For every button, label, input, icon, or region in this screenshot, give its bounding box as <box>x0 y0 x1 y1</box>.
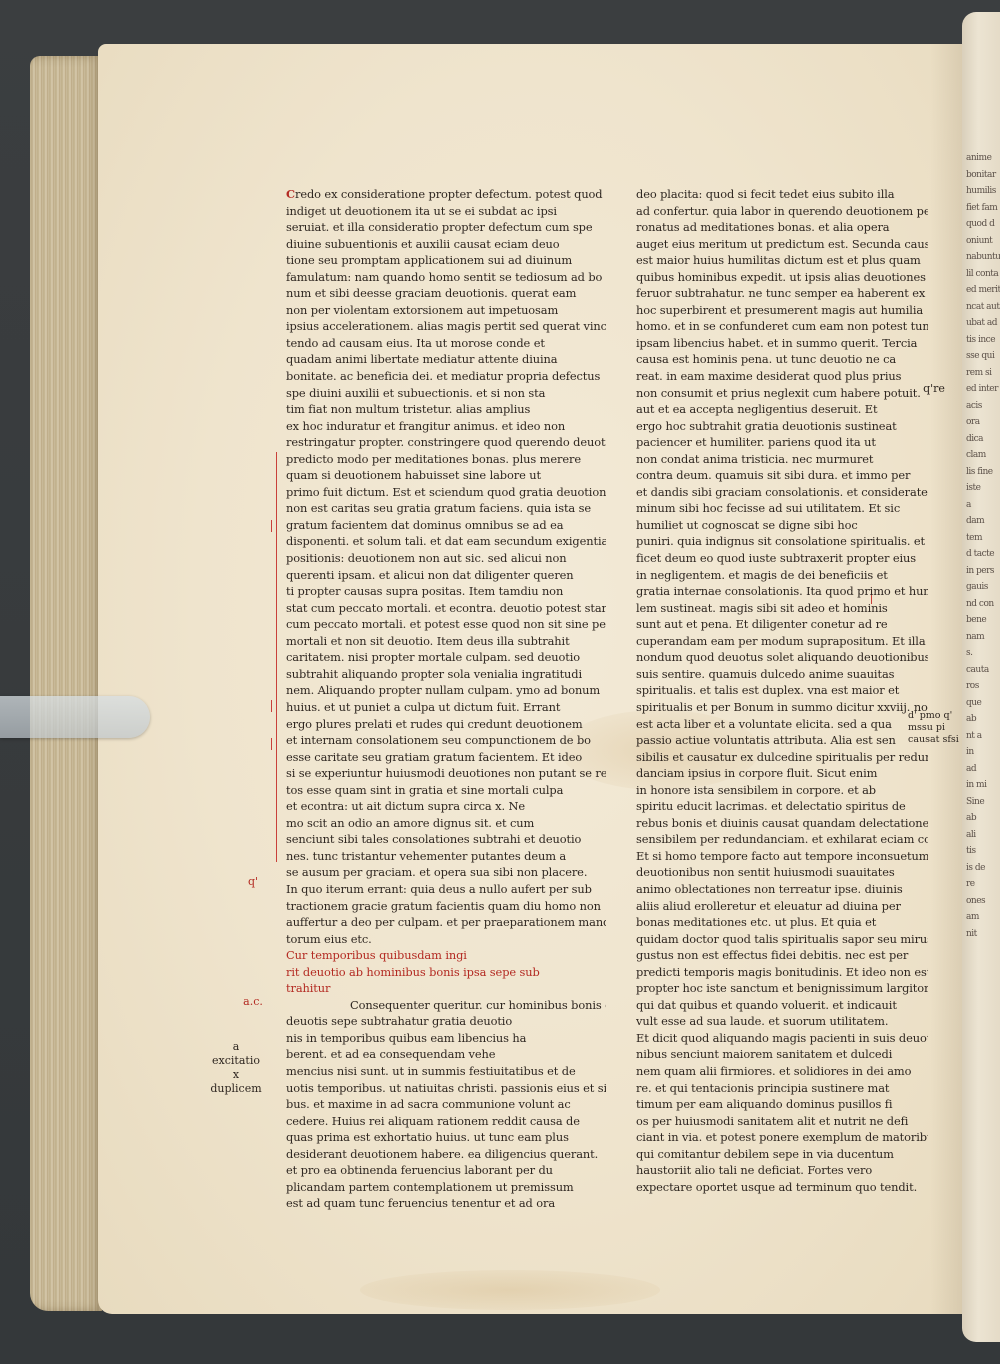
text-line: passio actiue voluntatis attributa. Alia… <box>636 732 928 749</box>
book-fore-edge <box>30 56 102 1311</box>
text-line: In quo iterum errant: quia deus a nullo … <box>286 881 606 898</box>
text-line: est acta liber et a voluntate elicita. s… <box>636 716 928 733</box>
margin-note-line: x <box>196 1068 276 1082</box>
red-margin-tick <box>271 738 272 750</box>
text-line: in honore ista sensibilem in corpore. et… <box>636 782 928 799</box>
text-line: senciunt sibi tales consolationes subtra… <box>286 831 606 848</box>
text-line: deo placita: quod si fecit tedet eius su… <box>636 186 928 203</box>
text-line: tendo ad causam eius. Ita ut morose cond… <box>286 335 606 352</box>
next-page-line: nam <box>966 629 1000 646</box>
text-line: subtrahit aliquando propter sola veniali… <box>286 666 606 683</box>
red-initial: C <box>286 187 295 201</box>
text-line: non est caritas seu gratia gratum facien… <box>286 500 606 517</box>
text-line: cedere. Huius rei aliquam rationem reddi… <box>286 1113 606 1130</box>
text-line: quidam doctor quod talis spiritualis sap… <box>636 931 928 948</box>
next-page-line: is de <box>966 860 1000 877</box>
next-page-line: in <box>966 744 1000 761</box>
margin-note-right-upper: q're <box>916 382 952 396</box>
text-line: et internam consolationem seu compunctio… <box>286 732 606 749</box>
next-page-line: cauta <box>966 662 1000 679</box>
text-line: si se experiuntur huiusmodi deuotiones n… <box>286 765 606 782</box>
next-page-line: dam <box>966 513 1000 530</box>
text-line: rebus bonis et diuinis causat quandam de… <box>636 815 928 832</box>
right-column-lines: deo placita: quod si fecit tedet eius su… <box>636 186 928 1195</box>
text-line: spiritualis. et talis est duplex. vna es… <box>636 682 928 699</box>
text-line: et econtra: ut ait dictum supra circa x.… <box>286 798 606 815</box>
margin-mark-red-lower: a.c. <box>238 995 268 1009</box>
text-line: expectare oportet usque ad terminum quo … <box>636 1179 928 1196</box>
text-line: homo. et in se confunderet cum eam non p… <box>636 318 928 335</box>
text-line: uotis temporibus. ut natiuitas christi. … <box>286 1080 606 1097</box>
next-page-line: am <box>966 909 1000 926</box>
parchment-stain <box>360 1270 660 1310</box>
text-line: caritatem. nisi propter mortale culpam. … <box>286 649 606 666</box>
text-line: quas prima est exhortatio huius. ut tunc… <box>286 1129 606 1146</box>
next-page-line: dica <box>966 431 1000 448</box>
text-line: Consequenter queritur. cur hominibus bon… <box>286 997 606 1014</box>
text-line: ficet deum eo quod iuste subtraxerit pro… <box>636 550 928 567</box>
text-line: suis sentire. quamuis dulcedo anime suau… <box>636 666 928 683</box>
text-line: lem sustineat. magis sibi sit adeo et ho… <box>636 600 928 617</box>
next-page-line: ab <box>966 711 1000 728</box>
text-line: spe diuini auxilii et subuectionis. et s… <box>286 385 606 402</box>
text-line: puniri. quia indignus sit consolatione s… <box>636 533 928 550</box>
next-page-line: lil conta <box>966 266 1000 283</box>
text-line: contra deum. quamuis sit sibi dura. et i… <box>636 467 928 484</box>
text-line: disponenti. et solum tali. et dat eam se… <box>286 533 606 550</box>
next-page-line: nabuntun <box>966 249 1000 266</box>
text-line: diuine subuentionis et auxilii causat ec… <box>286 236 606 253</box>
text-line: rit deuotio ab hominibus bonis ipsa sepe… <box>286 964 606 981</box>
text-line: nem. Aliquando propter nullam culpam. ym… <box>286 682 606 699</box>
text-line: trahitur <box>286 980 606 997</box>
left-column-lines: Credo ex consideratione propter defectum… <box>286 186 606 947</box>
text-line: nondum quod deuotus solet aliquando deuo… <box>636 649 928 666</box>
text-column-right: deo placita: quod si fecit tedet eius su… <box>636 186 928 1195</box>
text-line: Cur temporibus quibusdam ingi <box>286 947 606 964</box>
next-page-line: ali <box>966 827 1000 844</box>
text-line: sensibilem per redundanciam. et exhilara… <box>636 831 928 848</box>
text-line: non consumit et prius neglexit cum haber… <box>636 385 928 402</box>
next-page-line: in mi <box>966 777 1000 794</box>
text-line: stat cum peccato mortali. et econtra. de… <box>286 600 606 617</box>
text-line: spiritu educit lacrimas. et delectatio s… <box>636 798 928 815</box>
text-line: cuperandam eam per modum suprapositum. E… <box>636 633 928 650</box>
text-line: deuotis sepe subtrahatur gratia deuotio <box>286 1013 606 1030</box>
text-line: timum per eam aliquando dominus pusillos… <box>636 1096 928 1113</box>
text-line: quibus hominibus expedit. ut ipsis alias… <box>636 269 928 286</box>
text-line: positionis: deuotionem non aut sic. sed … <box>286 550 606 567</box>
text-line: os per huiusmodi sanitatem alit et nutri… <box>636 1113 928 1130</box>
text-line: bonitate. ac beneficia dei. et mediatur … <box>286 368 606 385</box>
next-page-line: ncat aut <box>966 299 1000 316</box>
text-line: animo oblectationes non terreatur ipse. … <box>636 881 928 898</box>
text-line: nibus senciunt maiorem sanitatem et dulc… <box>636 1046 928 1063</box>
text-line: ad confertur. quia labor in querendo deu… <box>636 203 928 220</box>
text-line: quam si deuotionem habuisset sine labore… <box>286 467 606 484</box>
text-line: causa est hominis pena. ut tunc deuotio … <box>636 351 928 368</box>
text-line: non per violentam extorsionem aut impetu… <box>286 302 606 319</box>
text-line: et pro ea obtinenda feruencius laborant … <box>286 1162 606 1179</box>
next-page-line: nt a <box>966 728 1000 745</box>
next-page-line: re <box>966 876 1000 893</box>
next-page-line: ubat ad <box>966 315 1000 332</box>
text-line: nis in temporibus quibus eam libencius h… <box>286 1030 606 1047</box>
next-page-line: fiet fam <box>966 200 1000 217</box>
text-line: ti propter causas supra positas. Item ta… <box>286 583 606 600</box>
margin-note-line: d' pmo q' <box>908 710 968 722</box>
next-page-line: rem si <box>966 365 1000 382</box>
text-line: seruiat. et illa consideratio propter de… <box>286 219 606 236</box>
next-page-line: ora <box>966 414 1000 431</box>
text-line: minum sibi hoc fecisse ad sui utilitatem… <box>636 500 928 517</box>
next-page-line: iste <box>966 480 1000 497</box>
text-line: sibilis et causatur ex dulcedine spiritu… <box>636 749 928 766</box>
text-line: se ausum per graciam. et opera sua sibi … <box>286 864 606 881</box>
next-page-line: in pers <box>966 563 1000 580</box>
text-line: ergo plures prelati et rudes qui credunt… <box>286 716 606 733</box>
text-line: gratum facientem dat dominus omnibus se … <box>286 517 606 534</box>
next-page-line: que <box>966 695 1000 712</box>
text-line: num et sibi deesse graciam deuotionis. q… <box>286 285 606 302</box>
text-line: esse caritate seu gratiam gratum facient… <box>286 749 606 766</box>
text-line: mortali et non sit deuotio. Item deus il… <box>286 633 606 650</box>
next-page-line: gauis <box>966 579 1000 596</box>
next-page-line: humilis <box>966 183 1000 200</box>
text-line: desiderant deuotionem habere. ea diligen… <box>286 1146 606 1163</box>
text-line: restringatur propter. constringere quod … <box>286 434 606 451</box>
margin-note-line: causat sfsi <box>908 734 968 746</box>
text-line: mo scit an odio an amore dignus sit. et … <box>286 815 606 832</box>
text-line: berent. et ad ea consequendam vehe <box>286 1046 606 1063</box>
red-margin-rule <box>276 452 277 862</box>
margin-note-line: mssu pi <box>908 722 968 734</box>
text-line: ipsam libencius habet. et in summo queri… <box>636 335 928 352</box>
margin-note-excitatio: a excitatio x duplicem <box>196 1040 276 1096</box>
next-page-line: sse qui <box>966 348 1000 365</box>
text-line: gratia internae consolationis. Ita quod … <box>636 583 928 600</box>
text-line: haustoriit alio tali ne deficiat. Fortes… <box>636 1162 928 1179</box>
text-line: querenti ipsam. et alicui non dat dilige… <box>286 567 606 584</box>
margin-note-line: duplicem <box>196 1082 276 1096</box>
text-line: re. et qui tentacionis principia sustine… <box>636 1080 928 1097</box>
next-page-line: Sine <box>966 794 1000 811</box>
text-line: in negligentem. et magis de dei benefici… <box>636 567 928 584</box>
text-line: feruor subtrahatur. ne tunc semper ea ha… <box>636 285 928 302</box>
text-line: humiliet ut cognoscat se digne sibi hoc <box>636 517 928 534</box>
red-margin-tick <box>271 520 272 532</box>
text-line: bus. et maxime in ad sacra communione vo… <box>286 1096 606 1113</box>
text-line: tim fiat non multum tristetur. alias amp… <box>286 401 606 418</box>
text-line: deuotionibus non sentit huiusmodi suauit… <box>636 864 928 881</box>
text-line: vult esse ad sua laude. et suorum utilit… <box>636 1013 928 1030</box>
next-page-line: tis ince <box>966 332 1000 349</box>
next-page-line: ab <box>966 810 1000 827</box>
text-line: est ad quam tunc feruencius tenentur et … <box>286 1195 606 1212</box>
rubric-heading: Cur temporibus quibusdam ingirit deuotio… <box>286 947 606 997</box>
next-page-text-fragment: animebonitarhumilisfiet famquod doniuntn… <box>966 150 1000 1250</box>
text-line: danciam ipsius in corpore fluit. Sicut e… <box>636 765 928 782</box>
margin-note-line: a <box>196 1040 276 1054</box>
next-page-line: quod d <box>966 216 1000 233</box>
text-line: Credo ex consideratione propter defectum… <box>286 186 606 203</box>
next-page-line: anime <box>966 150 1000 167</box>
text-line: et dandis sibi graciam consolationis. et… <box>636 484 928 501</box>
text-line: propter hoc iste sanctum et benignissimu… <box>636 980 928 997</box>
text-line: aut et ea accepta negligentius deseruit.… <box>636 401 928 418</box>
text-line: ergo hoc subtrahit gratia deuotionis sus… <box>636 418 928 435</box>
next-page-line: ros <box>966 678 1000 695</box>
next-page-line: tis <box>966 843 1000 860</box>
text-line: ex hoc induratur et frangitur animus. et… <box>286 418 606 435</box>
text-line: ipsius accelerationem. alias magis perti… <box>286 318 606 335</box>
text-line: qui comitantur debilem sepe in via ducen… <box>636 1146 928 1163</box>
bookmark-clip <box>0 696 150 738</box>
text-line: auffertur a deo per culpam. et per praep… <box>286 914 606 931</box>
text-line: plicandam partem contemplationem ut prem… <box>286 1179 606 1196</box>
next-page-line: tem <box>966 530 1000 547</box>
text-line: torum eius etc. <box>286 931 606 948</box>
next-page-line: nd con <box>966 596 1000 613</box>
text-line: cum peccato mortali. et potest esse quod… <box>286 616 606 633</box>
next-page-line: a <box>966 497 1000 514</box>
next-page-line: d tacte <box>966 546 1000 563</box>
margin-note-right-middle: d' pmo q' mssu pi causat sfsi <box>908 710 968 746</box>
next-page-line: ad <box>966 761 1000 778</box>
text-line: non condat anima tristicia. nec murmuret <box>636 451 928 468</box>
text-line: tos esse quam sint in gratia et sine mor… <box>286 782 606 799</box>
text-column-left: Credo ex consideratione propter defectum… <box>286 186 606 1212</box>
text-line: ciant in via. et potest ponere exemplum … <box>636 1129 928 1146</box>
next-page-line: nit <box>966 926 1000 943</box>
text-line: quadam animi libertate mediatur attente … <box>286 351 606 368</box>
text-line: mencius nisi sunt. ut in summis festiuit… <box>286 1063 606 1080</box>
text-line: tractionem gracie gratum facientis quam … <box>286 898 606 915</box>
text-line: famulatum: nam quando homo sentit se ted… <box>286 269 606 286</box>
text-line: huius. et ut puniet a culpa ut dictum fu… <box>286 699 606 716</box>
text-line: bonas meditationes etc. ut plus. Et quia… <box>636 914 928 931</box>
margin-note-line: excitatio <box>196 1054 276 1068</box>
next-page-line: acis <box>966 398 1000 415</box>
next-page-line: bene <box>966 612 1000 629</box>
text-line: Et dicit quod aliquando magis pacienti i… <box>636 1030 928 1047</box>
margin-mark-red-upper: q' <box>238 875 268 889</box>
text-line: tione seu promptam applicationem sui ad … <box>286 252 606 269</box>
next-page-line: oniunt <box>966 233 1000 250</box>
text-line: sunt aut et pena. Et diligenter conetur … <box>636 616 928 633</box>
text-line: indiget ut deuotionem ita ut se ei subda… <box>286 203 606 220</box>
next-page-line: s. <box>966 645 1000 662</box>
text-line: nes. tunc tristantur vehementer putantes… <box>286 848 606 865</box>
text-line: nem quam alii firmiores. et solidiores i… <box>636 1063 928 1080</box>
text-line: aliis aliud erolleretur et eleuatur ad d… <box>636 898 928 915</box>
text-line: qui dat quibus et quando voluerit. et in… <box>636 997 928 1014</box>
red-margin-tick <box>271 700 272 712</box>
text-line: auget eius meritum ut predictum est. Sec… <box>636 236 928 253</box>
text-line: reat. in eam maxime desiderat quod plus … <box>636 368 928 385</box>
next-page-line: ed merito <box>966 282 1000 299</box>
text-line: spiritualis et per Bonum in summo dicitu… <box>636 699 928 716</box>
left-column-continuation: Consequenter queritur. cur hominibus bon… <box>286 997 606 1212</box>
next-page-line: bonitar <box>966 167 1000 184</box>
text-line: Et si homo tempore facto aut tempore inc… <box>636 848 928 865</box>
text-line: gustus non est effectus fidei debitis. n… <box>636 947 928 964</box>
text-line: hoc superbirent et presumerent magis aut… <box>636 302 928 319</box>
text-line: est maior huius humilitas dictum est et … <box>636 252 928 269</box>
text-line: ronatus ad meditationes bonas. et alia o… <box>636 219 928 236</box>
text-line: paciencer et humiliter. pariens quod ita… <box>636 434 928 451</box>
next-page-line: clam <box>966 447 1000 464</box>
text-line: predicto modo per meditationes bonas. pl… <box>286 451 606 468</box>
text-line: predicti temporis magis bonitudinis. Et … <box>636 964 928 981</box>
next-page-line: lis fine <box>966 464 1000 481</box>
next-page-line: ones <box>966 893 1000 910</box>
text-line: primo fuit dictum. Est et sciendum quod … <box>286 484 606 501</box>
next-page-line: ed inter <box>966 381 1000 398</box>
